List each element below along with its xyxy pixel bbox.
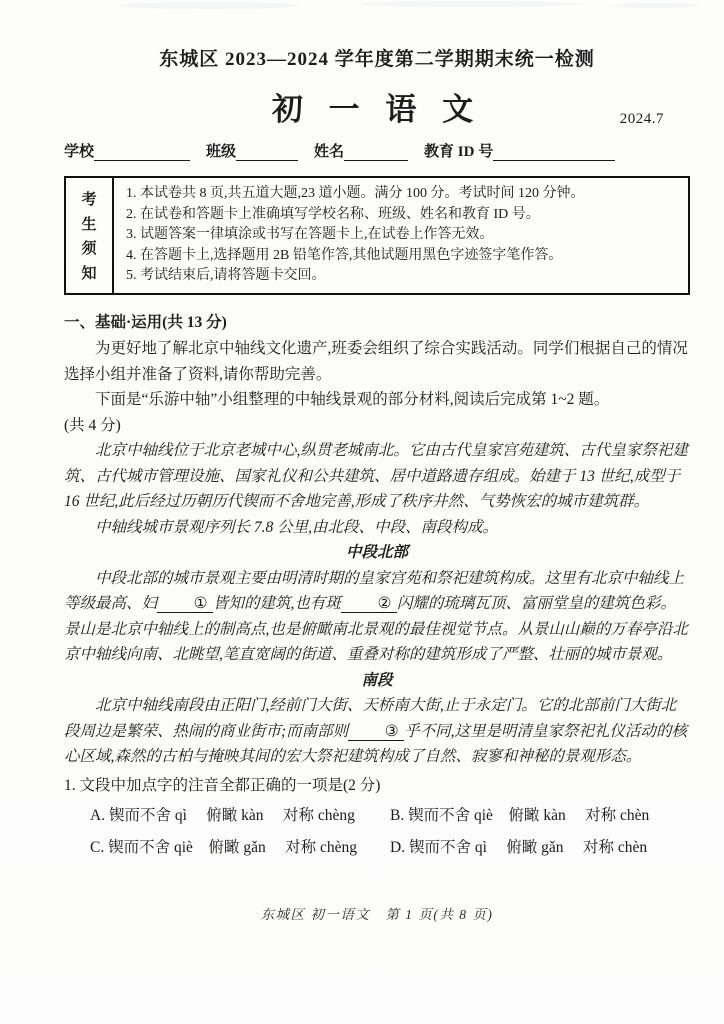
class-field: 班级 bbox=[206, 140, 298, 161]
subject-title: 初 一 语 文 bbox=[272, 84, 482, 129]
name-field: 姓名 bbox=[314, 140, 408, 161]
education-id-label: 教育 ID 号 bbox=[424, 140, 493, 161]
school-field: 学校 bbox=[64, 140, 190, 161]
page-footer: 东城区 初一语文 第 1 页(共 8 页) bbox=[64, 903, 690, 923]
material-paragraph-2: 中轴线城市景观序列长 7.8 公里,由北段、中段、南段构成。 bbox=[64, 515, 690, 541]
intro-paragraph-2-note: (共 4 分) bbox=[64, 413, 690, 439]
scan-smudge bbox=[360, 1, 580, 7]
option-a: A. 锲而不舍 qì 俯瞰 kàn 对称 chèng bbox=[90, 802, 390, 830]
exam-date: 2024.7 bbox=[620, 111, 664, 128]
notice-side-char: 知 bbox=[81, 262, 96, 283]
school-label: 学校 bbox=[64, 140, 94, 161]
student-info-row: 学校 班级 姓名 教育 ID 号 bbox=[64, 140, 690, 161]
section-one-heading: 一、基础·运用(共 13 分) bbox=[64, 310, 690, 336]
material-heading-south: 南段 bbox=[64, 668, 690, 694]
name-blank-line bbox=[344, 144, 408, 161]
notice-side-char: 生 bbox=[81, 213, 96, 234]
option-c: C. 锲而不舍 qiè 俯瞰 gǎn 对称 chèng bbox=[90, 834, 390, 862]
exam-body: 一、基础·运用(共 13 分) 为更好地了解北京中轴线文化遗产,班委会组织了综合… bbox=[64, 310, 690, 863]
intro-paragraph-1: 为更好地了解北京中轴线文化遗产,班委会组织了综合实践活动。同学们根据自己的情况选… bbox=[64, 336, 690, 387]
notice-items: 1. 本试卷共 8 页,共五道大题,23 道小题。满分 100 分。考试时间 1… bbox=[114, 178, 688, 293]
exam-paper-page: 东城区 2023—2024 学年度第二学期期末统一检测 初 一 语 文 2024… bbox=[0, 0, 724, 1024]
scan-smudge bbox=[120, 2, 300, 9]
subject-title-row: 初 一 语 文 2024.7 bbox=[64, 84, 690, 130]
option-d: D. 锲而不舍 qì 俯瞰 gǎn 对称 chèn bbox=[390, 834, 690, 862]
examinee-notice-box: 考 生 须 知 1. 本试卷共 8 页,共五道大题,23 道小题。满分 100 … bbox=[64, 176, 690, 295]
question-1-stem: 1. 文段中加点字的注音全都正确的一项是(2 分) bbox=[64, 773, 690, 799]
class-blank-line bbox=[236, 144, 298, 161]
notice-side-char: 须 bbox=[81, 237, 96, 258]
option-b: B. 锲而不舍 qiè 俯瞰 kàn 对称 chèn bbox=[390, 802, 690, 830]
material-paragraph-3: 中段北部的城市景观主要由明清时期的皇家宫苑和祭祀建筑构成。这里有北京中轴线上等级… bbox=[64, 566, 690, 668]
notice-item: 5. 考试结束后,请将答题卡交回。 bbox=[126, 266, 678, 287]
question-1-options: A. 锲而不舍 qì 俯瞰 kàn 对称 chèng B. 锲而不舍 qiè 俯… bbox=[64, 802, 690, 862]
notice-side-label: 考 生 须 知 bbox=[66, 178, 114, 293]
exam-session-title: 东城区 2023—2024 学年度第二学期期末统一检测 bbox=[64, 44, 690, 71]
school-blank-line bbox=[94, 144, 190, 161]
material-paragraph-1: 北京中轴线位于北京老城中心,纵贯老城南北。它由古代皇家宫苑建筑、古代皇家祭祀建筑… bbox=[64, 438, 690, 515]
material-paragraph-4: 北京中轴线南段由正阳门,经前门大街、天桥南大街,止于永定门。它的北部前门大街北段… bbox=[64, 693, 690, 770]
notice-item: 2. 在试卷和答题卡上准确填写学校名称、班级、姓名和教育 ID 号。 bbox=[126, 205, 678, 226]
notice-item: 4. 在答题卡上,选择题用 2B 铅笔作答,其他试题用黑色字迹签字笔作答。 bbox=[126, 246, 678, 267]
class-label: 班级 bbox=[206, 140, 236, 161]
notice-side-char: 考 bbox=[81, 188, 96, 209]
scan-smudge bbox=[610, 3, 700, 8]
education-id-blank-line bbox=[493, 144, 615, 161]
education-id-field: 教育 ID 号 bbox=[424, 140, 615, 161]
notice-item: 1. 本试卷共 8 页,共五道大题,23 道小题。满分 100 分。考试时间 1… bbox=[126, 184, 678, 205]
intro-paragraph-2: 下面是“乐游中轴”小组整理的中轴线景观的部分材料,阅读后完成第 1~2 题。 bbox=[64, 387, 690, 413]
name-label: 姓名 bbox=[314, 140, 344, 161]
notice-item: 3. 试题答案一律填涂或书写在答题卡上,在试卷上作答无效。 bbox=[126, 225, 678, 246]
material-heading-mid-north: 中段北部 bbox=[64, 540, 690, 566]
